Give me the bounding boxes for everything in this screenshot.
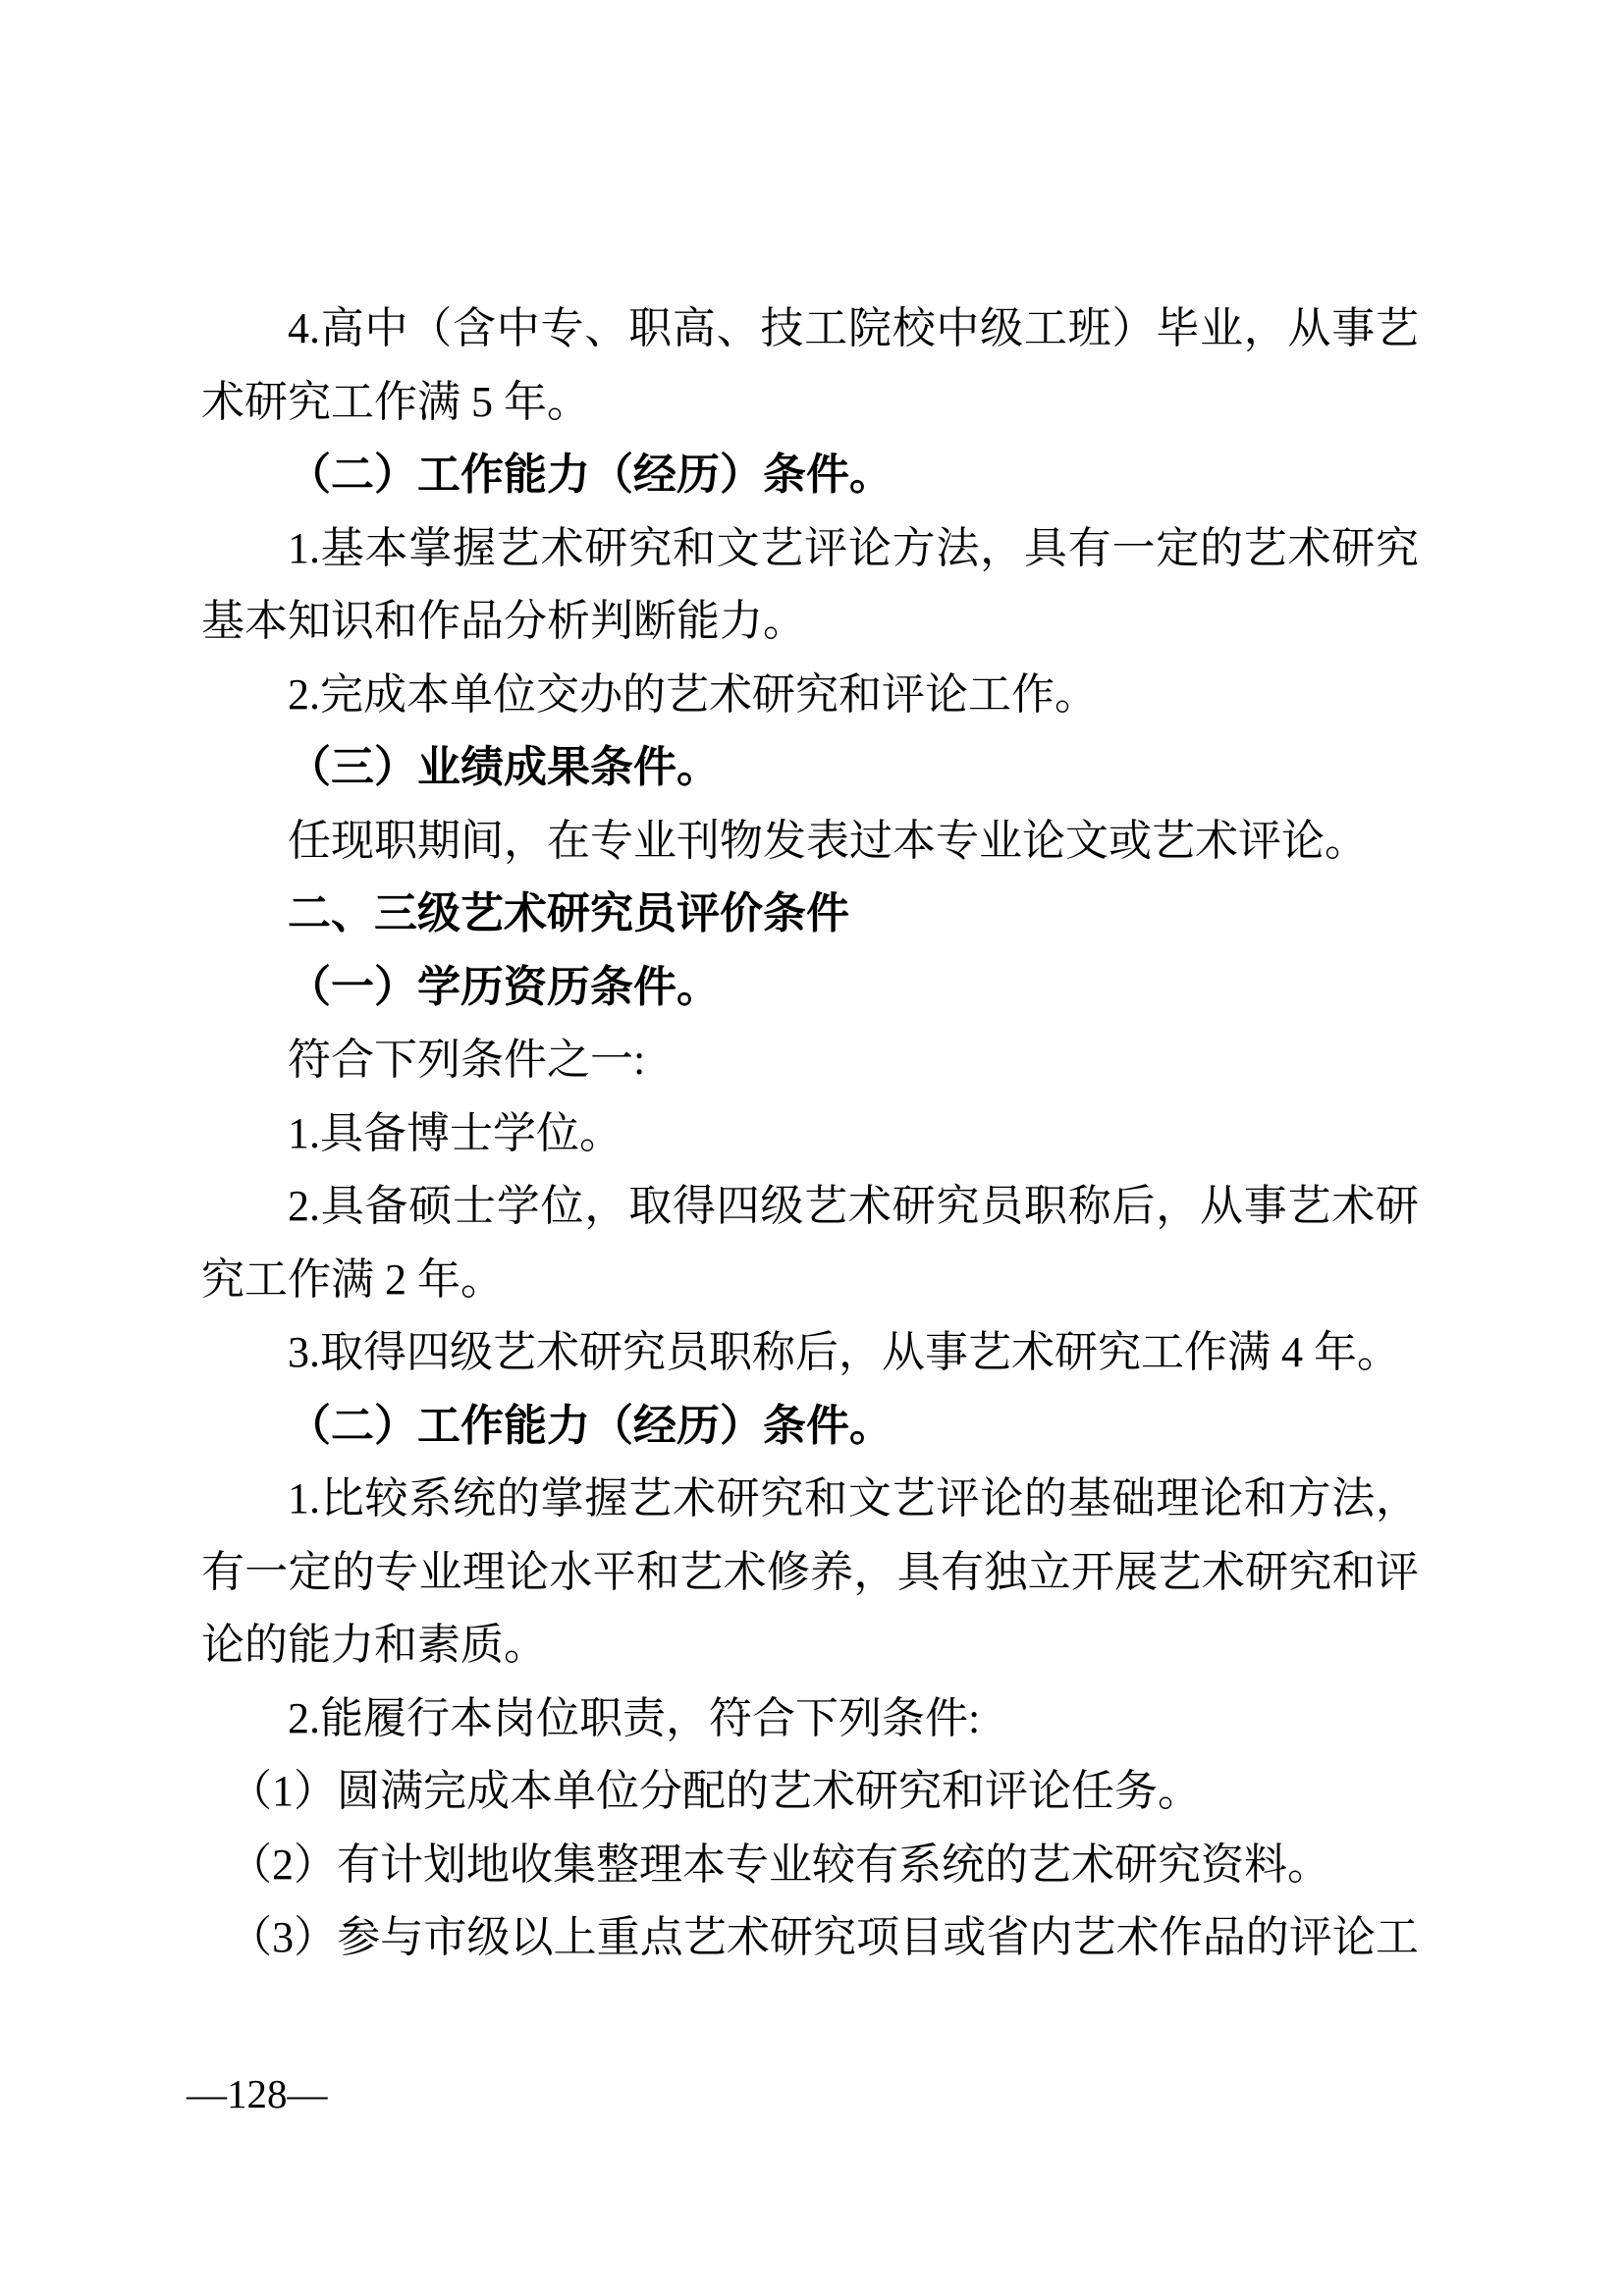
- document-page: 4.高中（含中专、职高、技工院校中级工班）毕业，从事艺术研究工作满 5 年。（二…: [0, 0, 1623, 2296]
- text-line: （1）圆满完成本单位分配的艺术研究和评论任务。: [201, 1755, 1419, 1829]
- text-line: 4.高中（含中专、职高、技工院校中级工班）毕业，从事艺: [201, 293, 1419, 366]
- text-line: （二）工作能力（经历）条件。: [201, 439, 1419, 512]
- text-line: 1.具备博士学位。: [201, 1097, 1419, 1171]
- text-line: 任现职期间，在专业刊物发表过本专业论文或艺术评论。: [201, 805, 1419, 879]
- text-line: 2.能履行本岗位职责，符合下列条件:: [201, 1682, 1419, 1756]
- text-line: 究工作满 2 年。: [201, 1244, 1419, 1317]
- text-line: 术研究工作满 5 年。: [201, 366, 1419, 440]
- text-line: 论的能力和素质。: [201, 1609, 1419, 1682]
- text-line: （2）有计划地收集整理本专业较有系统的艺术研究资料。: [201, 1829, 1419, 1902]
- text-line: 2.完成本单位交办的艺术研究和评论工作。: [201, 659, 1419, 732]
- text-line: 二、三级艺术研究员评价条件: [201, 878, 1419, 951]
- text-line: （二）工作能力（经历）条件。: [201, 1390, 1419, 1464]
- text-line: 1.比较系统的掌握艺术研究和文艺评论的基础理论和方法，: [201, 1463, 1419, 1536]
- page-number: —128—: [187, 2069, 328, 2118]
- text-line: 基本知识和作品分析判断能力。: [201, 585, 1419, 659]
- text-line: 符合下列条件之一:: [201, 1024, 1419, 1097]
- text-line: （三）业绩成果条件。: [201, 731, 1419, 805]
- text-line: 2.具备硕士学位，取得四级艺术研究员职称后，从事艺术研: [201, 1170, 1419, 1244]
- text-line: （一）学历资历条件。: [201, 951, 1419, 1025]
- text-line: 3.取得四级艺术研究员职称后，从事艺术研究工作满 4 年。: [201, 1316, 1419, 1390]
- text-line: 有一定的专业理论水平和艺术修养，具有独立开展艺术研究和评: [201, 1536, 1419, 1610]
- document-body: 4.高中（含中专、职高、技工院校中级工班）毕业，从事艺术研究工作满 5 年。（二…: [201, 293, 1419, 1975]
- text-line: （3）参与市级以上重点艺术研究项目或省内艺术作品的评论工: [201, 1901, 1419, 1975]
- text-line: 1.基本掌握艺术研究和文艺评论方法，具有一定的艺术研究: [201, 512, 1419, 586]
